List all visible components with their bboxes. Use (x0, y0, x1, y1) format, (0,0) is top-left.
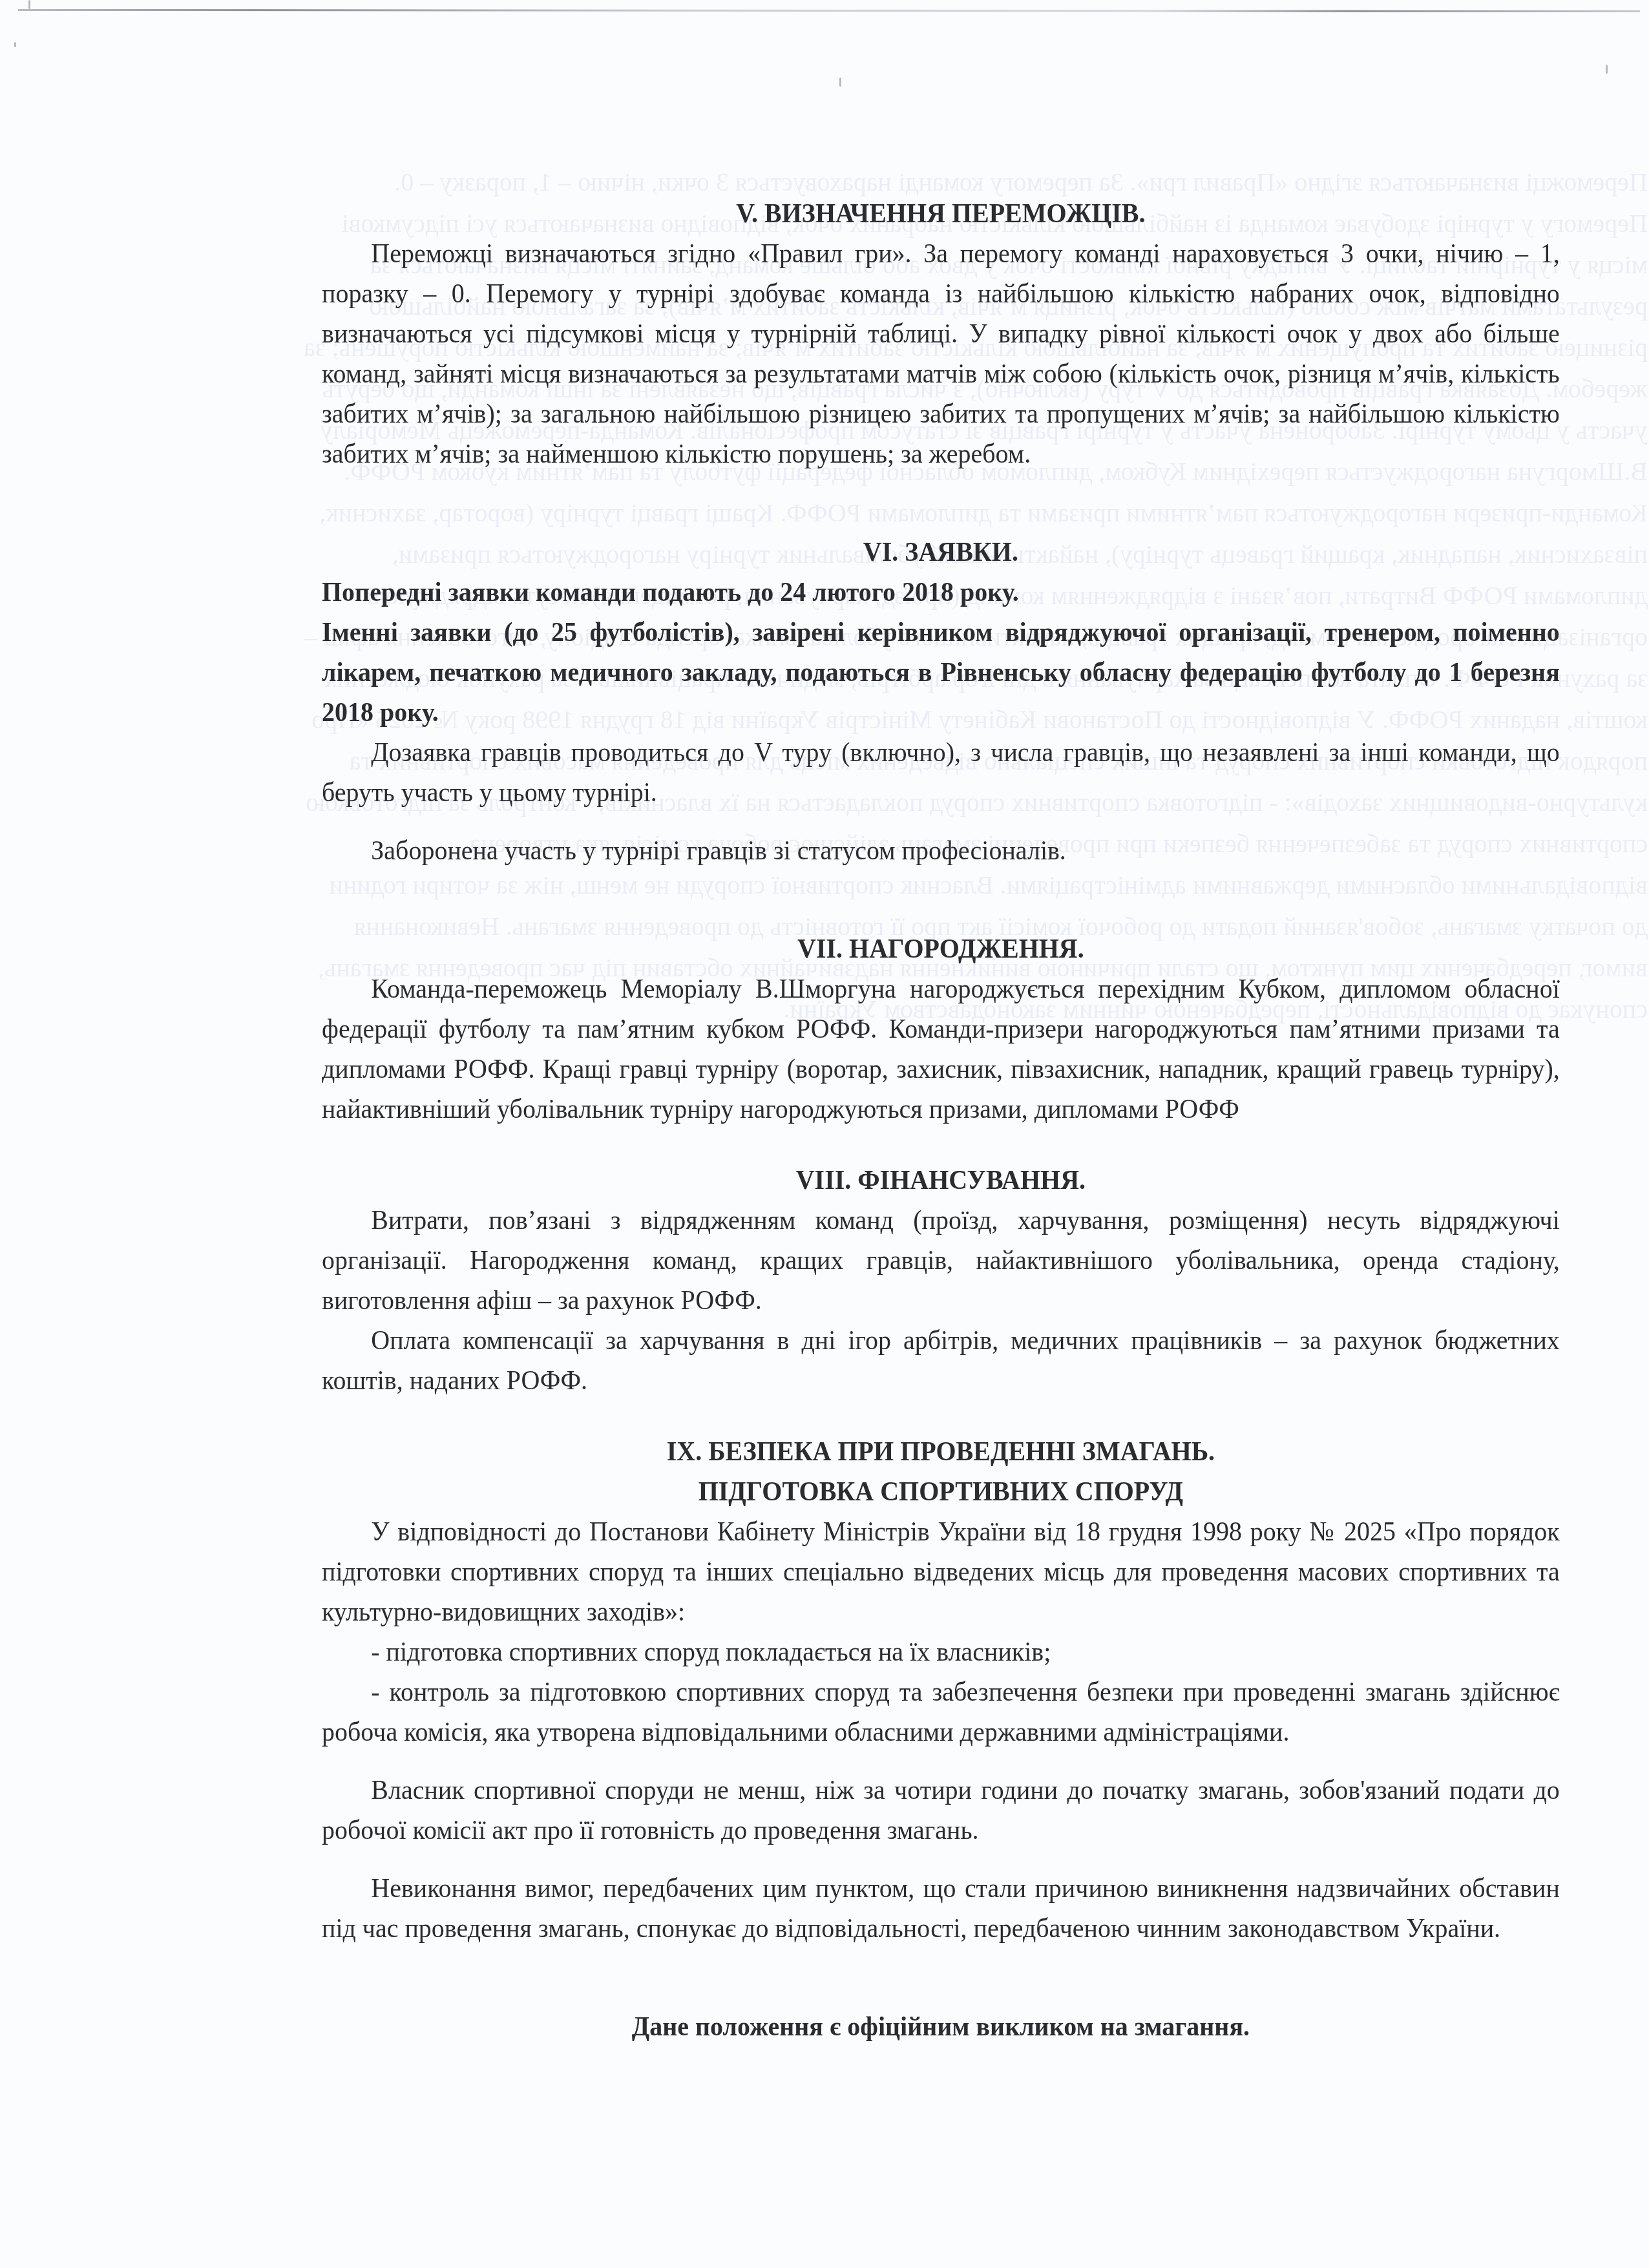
paragraph: Невиконання вимог, передбачених цим пунк… (322, 1869, 1560, 1949)
closing-statement: Дане положення є офіційним викликом на з… (322, 2007, 1560, 2047)
section-heading: V. ВИЗНАЧЕННЯ ПЕРЕМОЖЦІВ. (322, 194, 1560, 234)
paragraph: У відповідності до Постанови Кабінету Мі… (322, 1512, 1560, 1632)
section-viii: VIII. ФІНАНСУВАННЯ. Витрати, пов’язані з… (322, 1160, 1560, 1401)
section-vi: VI. ЗАЯВКИ. Попередні заявки команди под… (322, 532, 1560, 871)
paragraph: Заборонена участь у турнірі гравців зі с… (322, 831, 1560, 871)
scan-top-edge (18, 9, 1640, 12)
section-ix: IX. БЕЗПЕКА ПРИ ПРОВЕДЕННІ ЗМАГАНЬ. ПІДГ… (322, 1432, 1560, 1949)
paragraph: Команда-переможець Меморіалу В.Шморгуна … (322, 969, 1560, 1129)
scan-speck (1606, 65, 1608, 74)
scan-speck (28, 0, 30, 9)
list-item: - контроль за підготовкою спортивних спо… (322, 1672, 1560, 1752)
scan-speck (14, 42, 16, 47)
paragraph: Витрати, пов’язані з відрядженням команд… (322, 1201, 1560, 1321)
section-heading: VIII. ФІНАНСУВАННЯ. (322, 1160, 1560, 1201)
section-heading: IX. БЕЗПЕКА ПРИ ПРОВЕДЕННІ ЗМАГАНЬ. (322, 1432, 1560, 1472)
section-subheading: ПІДГОТОВКА СПОРТИВНИХ СПОРУД (322, 1472, 1560, 1512)
list-item: - підготовка спортивних споруд покладаєт… (322, 1632, 1560, 1672)
paragraph: Власник спортивної споруди не менш, ніж … (322, 1770, 1560, 1851)
paragraph: Переможці визначаються згідно «Правил гр… (322, 234, 1560, 474)
section-v: V. ВИЗНАЧЕННЯ ПЕРЕМОЖЦІВ. Переможці визн… (322, 194, 1560, 474)
paragraph: Дозаявка гравців проводиться до V туру (… (322, 733, 1560, 813)
scan-speck (839, 78, 841, 87)
paragraph: Оплата компенсації за харчування в дні і… (322, 1321, 1560, 1401)
section-heading: VI. ЗАЯВКИ. (322, 532, 1560, 572)
section-heading: VII. НАГОРОДЖЕННЯ. (322, 929, 1560, 969)
paragraph-bold: Попередні заявки команди подають до 24 л… (322, 572, 1560, 613)
section-vii: VII. НАГОРОДЖЕННЯ. Команда-переможець Ме… (322, 929, 1560, 1129)
paragraph-bold: Іменні заявки (до 25 футболістів), завір… (322, 613, 1560, 733)
document-page: V. ВИЗНАЧЕННЯ ПЕРЕМОЖЦІВ. Переможці визн… (322, 194, 1560, 2047)
